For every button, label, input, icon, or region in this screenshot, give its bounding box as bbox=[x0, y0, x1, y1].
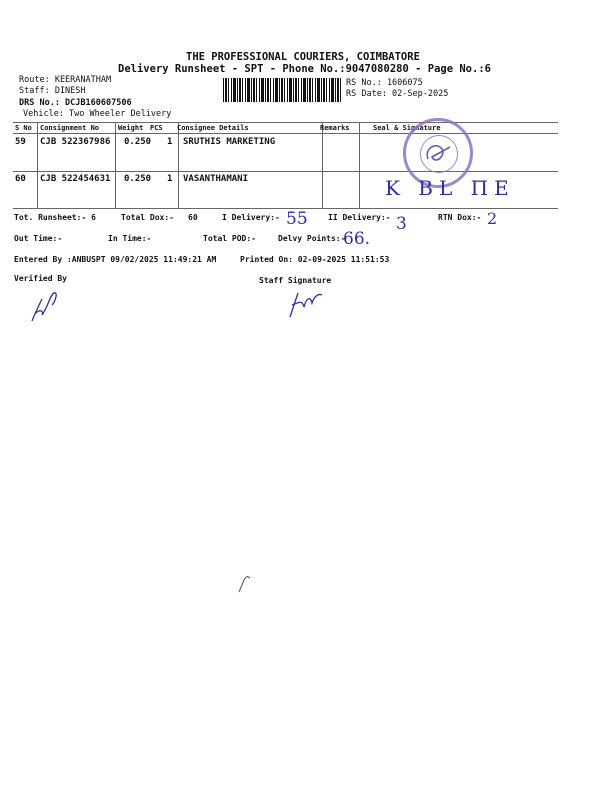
ii-delivery-value: 3 bbox=[396, 214, 407, 234]
col-header-pcs: PCS bbox=[150, 124, 163, 132]
col-header-remarks: Remarks bbox=[320, 124, 350, 132]
printed-on: Printed On: 02-09-2025 11:51:53 bbox=[240, 255, 389, 264]
col-divider bbox=[115, 122, 116, 208]
barcode bbox=[223, 78, 343, 102]
out-time: Out Time:- bbox=[14, 234, 62, 243]
route: Route: KEERANATHAM bbox=[19, 75, 111, 85]
i-delivery-label: I Delivery:- bbox=[222, 213, 280, 222]
cell-consignee: SRUTHIS MARKETING bbox=[183, 137, 275, 147]
rtn-dox-value: 2 bbox=[487, 209, 497, 228]
cell-weight: 0.250 bbox=[124, 137, 151, 147]
ii-delivery-label: II Delivery:- bbox=[328, 213, 391, 222]
rtn-dox-label: RTN Dox:- bbox=[438, 213, 481, 222]
vehicle: Vehicle: Two Wheeler Delivery bbox=[23, 109, 171, 119]
runsheet-subtitle: Delivery Runsheet - SPT - Phone No.:9047… bbox=[118, 63, 491, 75]
company-title: THE PROFESSIONAL COURIERS, COIMBATORE bbox=[186, 51, 420, 63]
cell-consignment: CJB 522367986 bbox=[40, 137, 110, 147]
staff-signature-icon bbox=[286, 287, 326, 321]
delvy-points-value: 66. bbox=[343, 229, 370, 249]
col-divider bbox=[322, 122, 323, 208]
verified-by-label: Verified By bbox=[14, 274, 67, 283]
handwritten-signature-row2: K BL ΠΕ bbox=[385, 176, 515, 200]
cell-consignee: VASANTHAMANI bbox=[183, 174, 248, 184]
row-divider bbox=[13, 171, 558, 172]
in-time: In Time:- bbox=[108, 234, 151, 243]
table-top-border bbox=[13, 122, 558, 123]
rs-number: RS No.: 1606075 bbox=[346, 78, 423, 88]
tot-runsheet: Tot. Runsheet:- 6 bbox=[14, 213, 96, 222]
i-delivery-value: 55 bbox=[286, 209, 308, 229]
cell-sno: 59 bbox=[15, 137, 26, 147]
drs-number: DRS No.: DCJB160607506 bbox=[19, 98, 132, 108]
col-divider bbox=[37, 122, 38, 208]
col-header-consignee: Consignee Details bbox=[177, 124, 249, 132]
cell-sno: 60 bbox=[15, 174, 26, 184]
col-divider bbox=[178, 122, 179, 208]
cell-pcs: 1 bbox=[167, 174, 172, 184]
cell-pcs: 1 bbox=[167, 137, 172, 147]
entered-by: Entered By :ANBUSPT 09/02/2025 11:49:21 … bbox=[14, 255, 216, 264]
delvy-points-label: Delvy Points:- bbox=[278, 234, 345, 243]
staff-signature-label: Staff Signature bbox=[259, 276, 331, 285]
table-header-border bbox=[13, 133, 558, 134]
cell-consignment: CJB 522454631 bbox=[40, 174, 110, 184]
col-header-weight: Weight bbox=[118, 124, 143, 132]
staff: Staff: DINESH bbox=[19, 86, 86, 96]
stray-pen-mark bbox=[236, 574, 254, 594]
total-dox-label: Total Dox:- bbox=[121, 213, 174, 222]
cell-weight: 0.250 bbox=[124, 174, 151, 184]
total-dox-value: 60 bbox=[188, 213, 198, 222]
col-divider bbox=[359, 122, 360, 208]
verifier-signature-icon bbox=[28, 285, 64, 325]
total-pod: Total POD:- bbox=[203, 234, 256, 243]
col-header-sno: S No bbox=[15, 124, 32, 132]
rs-date: RS Date: 02-Sep-2025 bbox=[346, 89, 448, 99]
col-header-consignment: Consignment No bbox=[40, 124, 99, 132]
